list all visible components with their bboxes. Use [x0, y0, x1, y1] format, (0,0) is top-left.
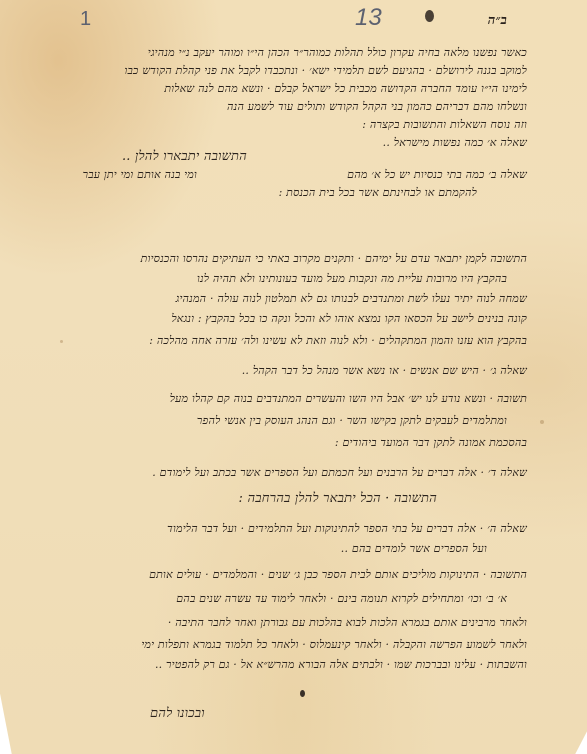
stain — [60, 340, 63, 343]
text-line: כאשר נפשנו מלאה בחיה עקרון כולל תהלות כמ… — [148, 46, 527, 59]
ink-blot — [300, 690, 305, 697]
text-line: התשובה לקמן יתבאר עדם על ימיהם · ותקנים … — [141, 252, 527, 265]
text-line: ולאחר מרבינים אותם בגמרא הלכות לבוא בהלכ… — [168, 616, 527, 629]
text-line: לימינו הי״ו עומד החברה הקדושה מכבית כל י… — [164, 82, 527, 95]
text-line: ומתלמדים לעבקים לתקן בקישו השר · וגם הנה… — [197, 414, 507, 427]
text-line: קונה בנינים לישב על הכסאו הקו נמצא אוהו … — [171, 312, 527, 325]
signature: ובכונו להם — [150, 705, 205, 721]
text-line: תשובה · ונשא נודע לנו יש׳ אבל היו השו וה… — [170, 392, 527, 405]
ink-blot — [425, 10, 434, 22]
text-line: התשובה · התינוקות מוליכים אותם לבית הספר… — [149, 568, 527, 581]
text-line: שאלה ד׳ · אלה דברים על הרבנים ועל חכמתם … — [152, 466, 527, 479]
text-line: בהקבץ היו מרובות עליית מה ונקבות מעל מוע… — [197, 272, 507, 285]
text-line: שאלה ג׳ · היש שם אנשים · או נשא אשר מנהל… — [242, 364, 527, 377]
text-line: ולאחר לשמוע הפרשה והקבלה · ולאחר קינעמלו… — [141, 638, 527, 651]
answer-heading: התשובה יתבארו להלן .. — [122, 148, 247, 164]
document-page: 1 13 ב״ה כאשר נפשנו מלאה בחיה עקרון כולל… — [0, 0, 587, 754]
text-line: ונשלחו מהם דבריהם כהמון בני הקהל הקודש ו… — [227, 100, 527, 113]
text-line: ומי בנה אותם ומי יתן עבר — [83, 168, 197, 181]
text-line: וזה נוסח השאלות והתשובות בקצרה : — [362, 118, 527, 131]
text-line: למוקב בגנה לירושלם · בהגיעם לשם תלמידי י… — [125, 64, 527, 77]
text-line: ועל הספרים אשר לומדים בהם .. — [341, 542, 487, 555]
text-line: בהסכמת אמונה לתקן דבר המועד ביהודים : — [335, 436, 527, 449]
stain — [540, 420, 544, 424]
text-line: שמחה לנוה יתיר נעלו לשת ומתנדבים לבנותו … — [176, 292, 527, 305]
margin-mark: 1 — [80, 8, 91, 31]
header: ב״ה — [488, 12, 507, 28]
text-line: שאלה ב׳ כמה בתי כנסיות יש כל א׳ מהם — [347, 168, 527, 181]
text-line: א׳ ב׳ וכו׳ ומתחילים לקרוא תנומה בינם · ו… — [176, 592, 507, 605]
text-line: שאלה א׳ כמה נפשות מישראל .. — [383, 136, 527, 149]
text-line: בהקבץ הוא עזנו והמון המתקהלים · ולא לנוה… — [149, 334, 527, 347]
page-number: 13 — [355, 4, 382, 32]
text-line: להקמתם או לבחינתם אשר בכל בית הכנסת : — [279, 186, 477, 199]
text-line: והשבתות · עלינו ובברכות שמו · ולבתים אלה… — [155, 658, 527, 671]
text-line: שאלה ה׳ · אלה דברים על בתי הספר להתינוקו… — [167, 522, 527, 535]
answer-heading: התשובה · הכל יתבאר להלן בהרחבה : — [239, 490, 437, 506]
